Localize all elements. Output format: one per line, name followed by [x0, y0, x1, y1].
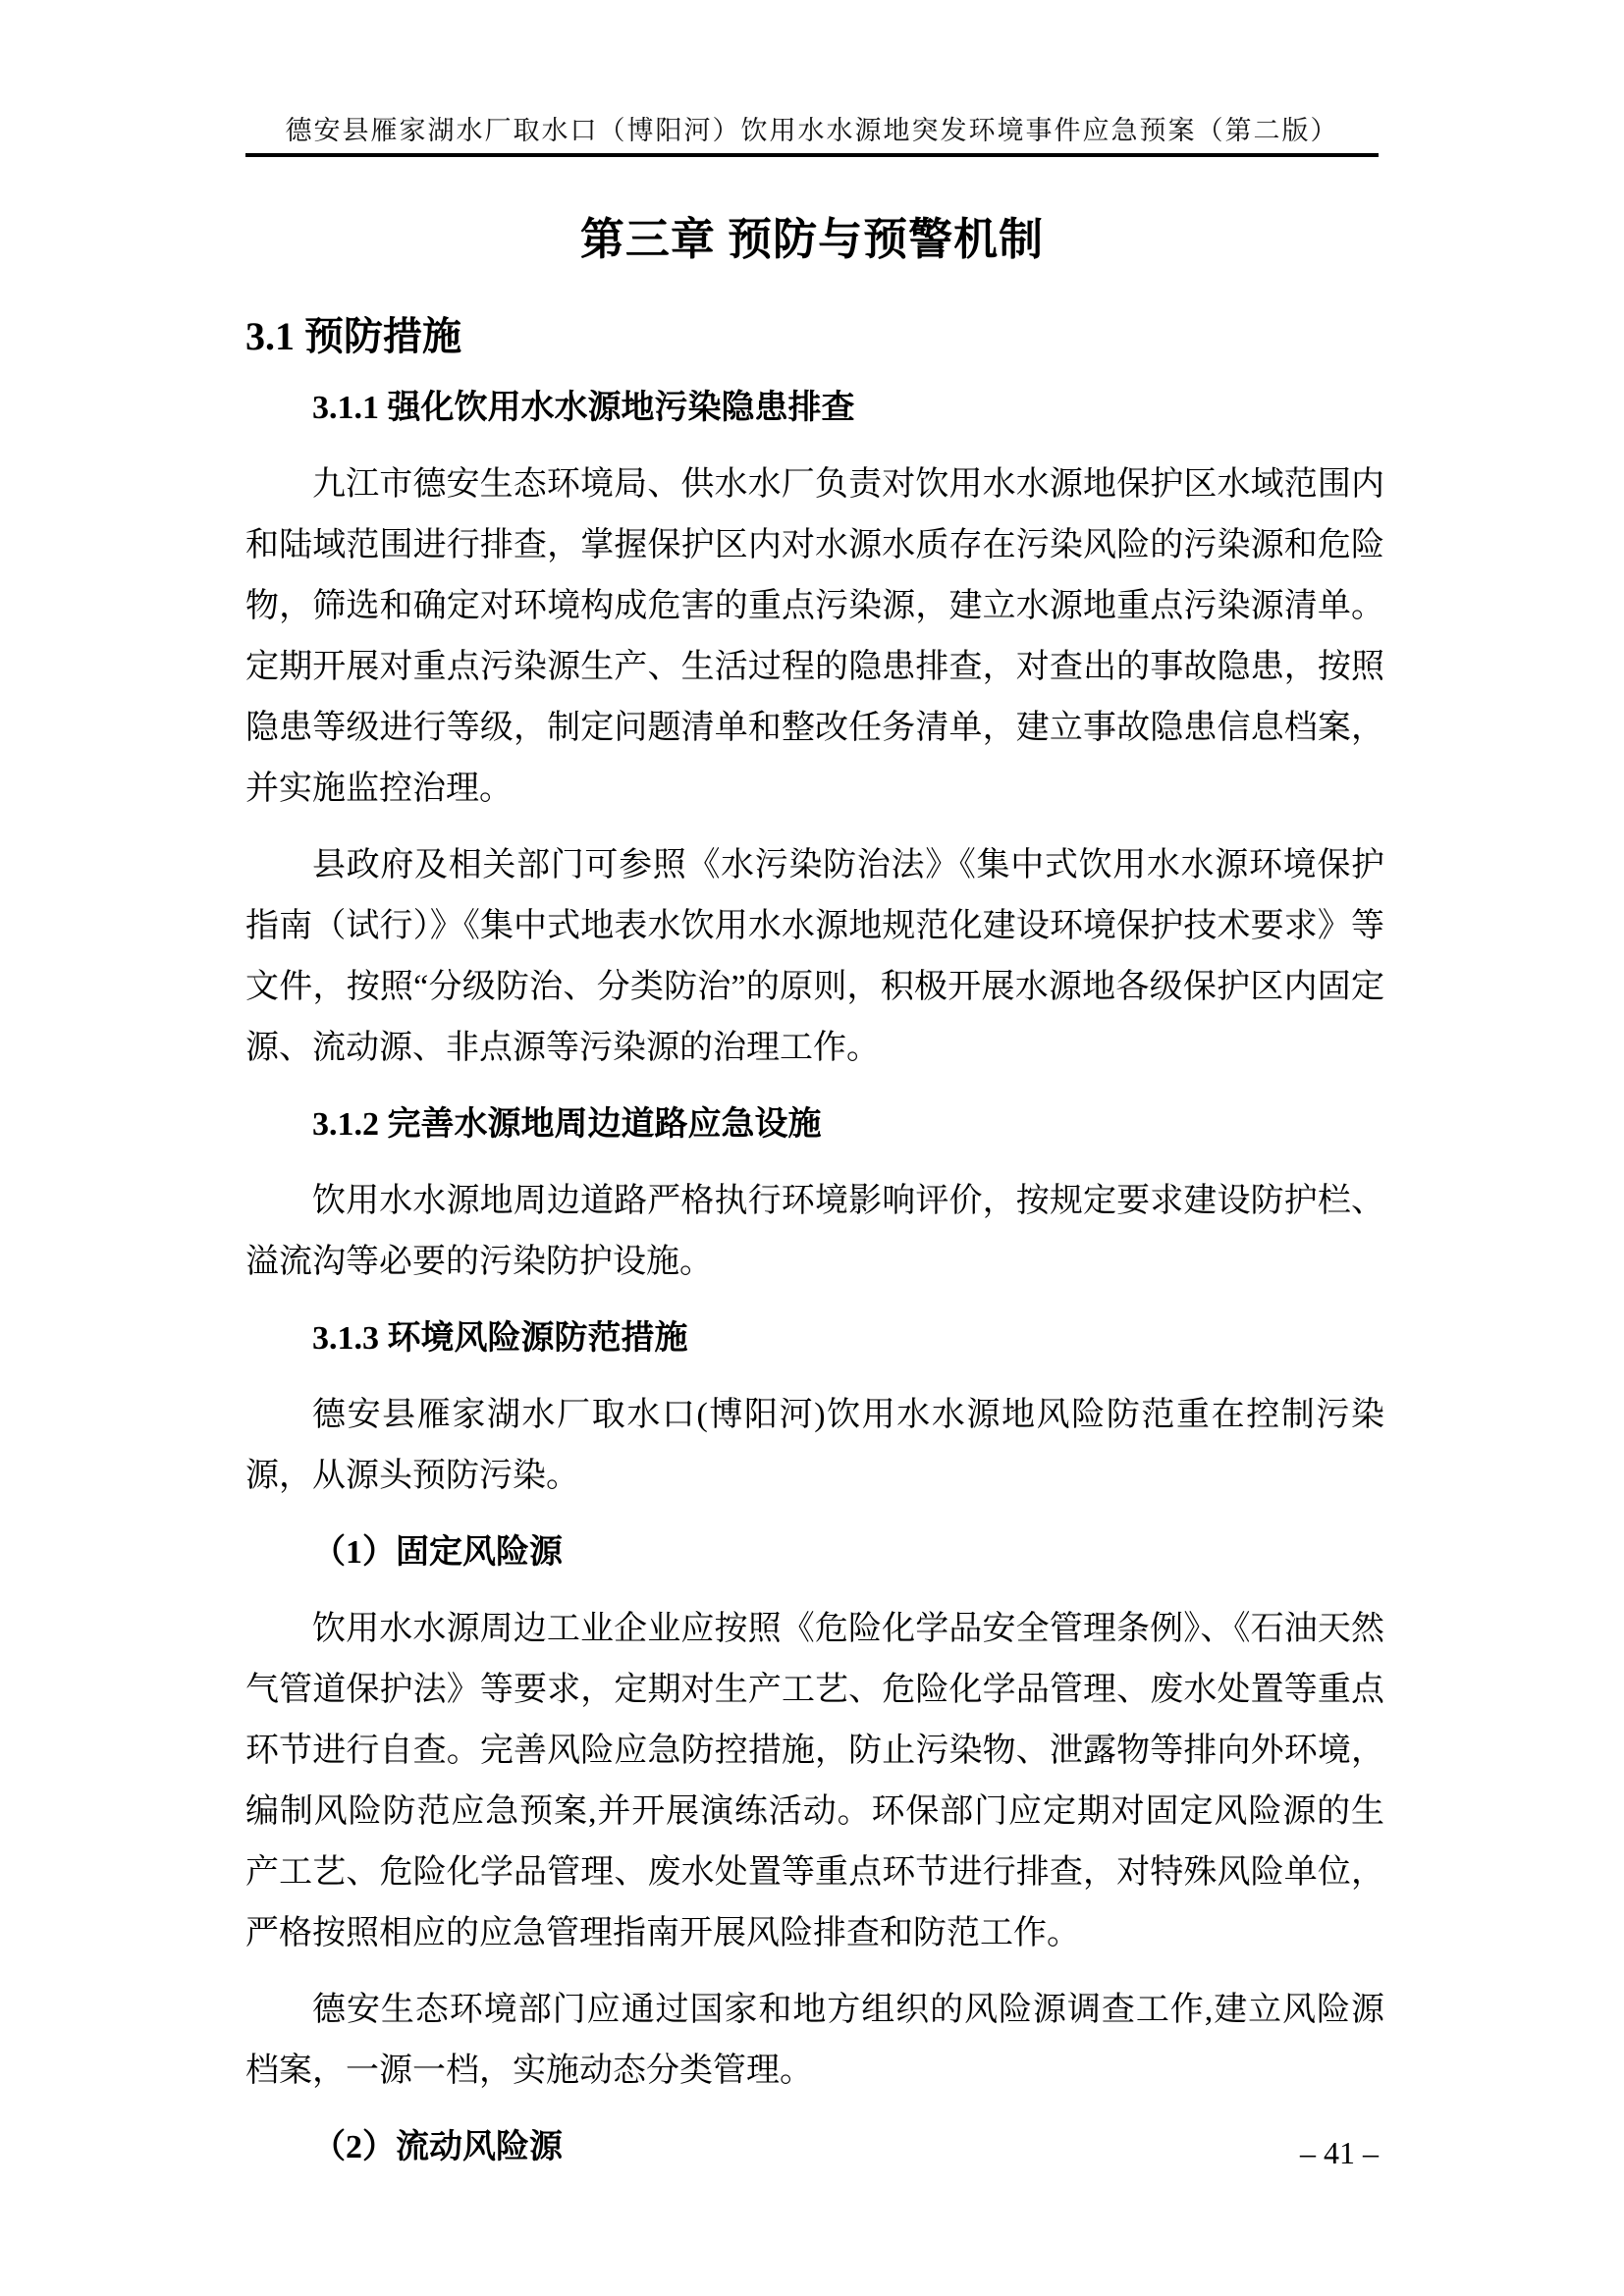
document-page: 德安县雁家湖水厂取水口（博阳河）饮用水水源地突发环境事件应急预案（第二版） 第三…: [0, 0, 1624, 2296]
subsection-heading-3-1-2: 3.1.2 完善水源地周边道路应急设施: [245, 1095, 1384, 1155]
paragraph-reference-regulations: 县政府及相关部门可参照《水污染防治法》《集中式饮用水水源环境保护指南（试行）》《…: [245, 835, 1384, 1079]
paragraph-hazard-screening: 九江市德安生态环境局、供水水厂负责对饮用水水源地保护区水域范围内和陆域范围进行排…: [245, 454, 1384, 820]
running-header-text: 德安县雁家湖水厂取水口（博阳河）饮用水水源地突发环境事件应急预案（第二版）: [245, 116, 1379, 157]
running-header: 德安县雁家湖水厂取水口（博阳河）饮用水水源地突发环境事件应急预案（第二版）: [245, 0, 1379, 157]
chapter-title: 第三章 预防与预警机制: [245, 211, 1379, 268]
paragraph-fixed-risk-source: 饮用水水源周边工业企业应按照《危险化学品安全管理条例》、《石油天然气管道保护法》…: [245, 1599, 1384, 1964]
paragraph-risk-source-archive: 德安生态环境部门应通过国家和地方组织的风险源调查工作,建立风险源档案，一源一档，…: [245, 1980, 1384, 2102]
item-heading-mobile-risk-source: （2）流动风险源: [245, 2117, 1384, 2178]
section-heading-3-1: 3.1 预防措施: [245, 311, 1379, 362]
paragraph-roadside-facilities: 饮用水水源地周边道路严格执行环境影响评价，按规定要求建设防护栏、溢流沟等必要的污…: [245, 1171, 1384, 1293]
subsection-heading-3-1-1: 3.1.1 强化饮用水水源地污染隐患排查: [245, 378, 1384, 439]
item-heading-fixed-risk-source: （1）固定风险源: [245, 1522, 1384, 1583]
paragraph-risk-control-intro: 德安县雁家湖水厂取水口(博阳河)饮用水水源地风险防范重在控制污染源，从源头预防污…: [245, 1385, 1384, 1507]
subsection-heading-3-1-3: 3.1.3 环境风险源防范措施: [245, 1308, 1384, 1369]
page-number: – 41 –: [1300, 2135, 1379, 2170]
